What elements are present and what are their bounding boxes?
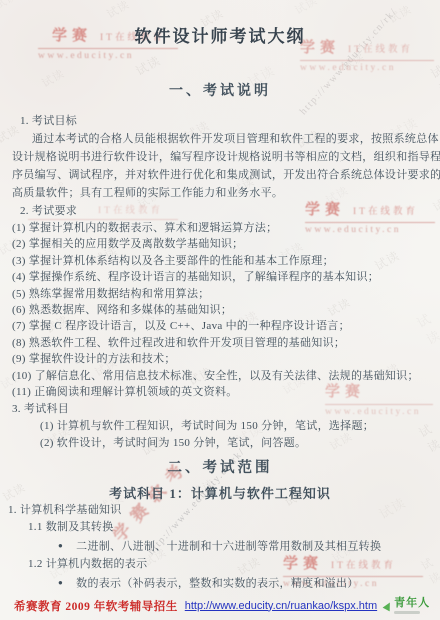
section-heading-exam-scope: 二、考试范围 <box>0 456 440 477</box>
exam-goal-section: 1. 考试目标 通过本考试的合格人员能根据软件开发项目管理和软件工程的要求，按照… <box>12 112 438 202</box>
subject1-heading: 考试科目 1：计算机与软件工程知识 <box>0 483 440 502</box>
requirement-item: (2) 掌握相关的应用数学及离散数学基础知识； <box>12 236 440 252</box>
subject-item: (2) 软件设计，考试时间为 150 分钟，笔试，问答题。 <box>12 435 440 452</box>
outline-list: 1. 计算机科学基础知识1.1 数制及其转换●二进制、八进制、十进制和十六进制等… <box>8 502 440 594</box>
trial-stamp: 试读 <box>104 0 133 22</box>
leaf-icon <box>383 600 394 611</box>
goal-heading: 1. 考试目标 <box>12 112 438 130</box>
goal-paragraph: 通过本考试的合格人员能根据软件开发项目管理和软件工程的要求，按照系统总体设计规格… <box>12 130 438 202</box>
requirements-list: (1) 掌握计算机内的数据表示、算术和逻辑运算方法；(2) 掌握相关的应用数学及… <box>12 220 440 400</box>
exam-requirements-section: 2. 考试要求 (1) 掌握计算机内的数据表示、算术和逻辑运算方法；(2) 掌握… <box>12 202 440 400</box>
trial-stamp: 试读 <box>0 0 20 13</box>
trial-stamp: 试读 <box>132 52 163 80</box>
paragraph-line: 设计规格说明书进行软件设计，编写程序设计规格说明书等相应的文档，组织和指导程 <box>12 148 438 166</box>
requirement-item: (3) 掌握计算机体系结构以及各主要部件的性能和基本工作原理； <box>12 253 440 269</box>
outline-item: 1.2 计算机内数据的表示 <box>8 556 440 573</box>
logo-subcaption <box>394 611 420 614</box>
subject-item: (1) 计算机与软件工程知识，考试时间为 150 分钟，笔试，选择题； <box>12 418 440 435</box>
watermark-rule <box>38 48 178 49</box>
subjects-heading: 3. 考试科目 <box>12 400 440 418</box>
paragraph-line: 序员编写、调试程序，并对软件进行优化和集成测试，开发出符合系统总体设计要求的 <box>12 166 438 184</box>
trial-stamp: 试读 <box>339 48 368 74</box>
requirement-item: (6) 熟悉数据库、网络和多媒体的基础知识； <box>12 302 440 318</box>
footer-promo: 希赛教育 2009 年软考辅导招生 <box>14 598 178 614</box>
requirements-heading: 2. 考试要求 <box>12 202 440 220</box>
requirement-item: (5) 熟练掌握常用数据结构和常用算法； <box>12 286 440 302</box>
requirement-item: (1) 掌握计算机内的数据表示、算术和逻辑运算方法； <box>12 220 440 236</box>
watermark-site: www.educity.cn <box>300 63 434 73</box>
outline-item: ●数的表示（补码表示，整数和实数的表示，精度和溢出） <box>8 573 440 594</box>
subjects-list: (1) 计算机与软件工程知识，考试时间为 150 分钟，笔试，选择题；(2) 软… <box>12 418 440 452</box>
requirement-item: (7) 掌握 C 程序设计语言，以及 C++、Java 中的一种程序设计语言； <box>12 318 440 334</box>
requirement-item: (11) 正确阅读和理解计算机领域的英文资料。 <box>12 384 440 400</box>
outline-item: 1. 计算机科学基础知识 <box>8 502 440 519</box>
footer-link[interactable]: http://www.educity.cn/ruankao/kspx.htm <box>185 600 377 612</box>
requirement-item: (4) 掌握操作系统、程序设计语言的基础知识，了解编译程序的基本知识； <box>12 269 440 285</box>
outline-item-label: 数的表示（补码表示，整数和实数的表示，精度和溢出） <box>76 578 359 590</box>
section-heading-exam-description: 一、考试说明 <box>0 80 440 100</box>
paragraph-line: 通过本考试的合格人员能根据软件开发项目管理和软件工程的要求，按照系统总体 <box>12 130 438 148</box>
qingnianren-logo: 青年人 <box>384 597 430 614</box>
document-page: 试读试读试读试读试读试读试读试读试读试读试读试读试读试读试读试读试读试读试读试读… <box>0 0 440 620</box>
footer: 希赛教育 2009 年软考辅导招生 http://www.educity.cn/… <box>14 597 430 614</box>
bullet-icon: ● <box>58 541 63 550</box>
logo-text: 青年人 <box>394 597 430 609</box>
paragraph-line: 高质量软件；具有工程师的实际工作能力和业务水平。 <box>12 184 438 202</box>
watermark-site: www.educity.cn <box>38 51 178 61</box>
requirement-item: (9) 掌握软件设计的方法和技术； <box>12 351 440 367</box>
bullet-icon: ● <box>58 578 63 587</box>
outline-item: ●二进制、八进制、十进制和十六进制等常用数制及其相互转换 <box>8 536 440 557</box>
outline-item-label: 二进制、八进制、十进制和十六进制等常用数制及其相互转换 <box>76 540 381 552</box>
page-title: 软件设计师考试大纲 <box>0 22 440 47</box>
exam-subjects-section: 3. 考试科目 (1) 计算机与软件工程知识，考试时间为 150 分钟，笔试，选… <box>12 400 440 452</box>
trial-stamp: 试读 <box>292 0 321 18</box>
outline-item: 1.1 数制及其转换 <box>8 519 440 536</box>
requirement-item: (10) 了解信息化、常用信息技术标准、安全性，以及有关法律、法规的基础知识； <box>12 368 440 384</box>
watermark-rule <box>300 60 434 61</box>
requirement-item: (8) 熟悉软件工程、软件过程改进和软件开发项目管理的基础知识； <box>12 335 440 351</box>
